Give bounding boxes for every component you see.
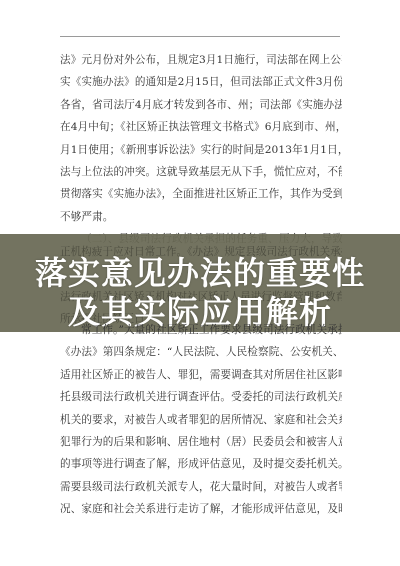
text-line: 法与上位法的冲突。这就导致基层无从下手，慌忙应对，不能在3月1日 bbox=[60, 161, 342, 183]
text-line: 法》元月份对外公布，且规定3月1日施行，司法部在网上公布是贯彻落 bbox=[60, 49, 342, 71]
body-text-top: 法》元月份对外公布，且规定3月1日施行，司法部在网上公布是贯彻落 实《实施办法》… bbox=[60, 49, 342, 251]
text-line: 需要县级司法行政机关派专人，花大量时间，对被告人或者罪犯的居所情 bbox=[60, 476, 342, 498]
text-line: 《办法》第四条规定：“人民法院、人民检察院、公安机关、监狱对拟 bbox=[60, 341, 342, 363]
text-line: 犯罪行为的后果和影响、居住地村（居）民委员会和被害人意见、拟禁止 bbox=[60, 431, 342, 453]
text-line: 适用社区矫正的被告人、罪犯，需要调查其对所居住社区影响的，可以委 bbox=[60, 364, 342, 386]
text-line: 机关的要求，对被告人或者罪犯的居所情况、家庭和社会关系、一贯表现、 bbox=[60, 409, 342, 431]
document-page: 法》元月份对外公布，且规定3月1日施行，司法部在网上公布是贯彻落 实《实施办法》… bbox=[0, 0, 400, 566]
text-line: 常工作。”大量的社区矫正工作要求县级司法行政机关承担，又比如 bbox=[60, 319, 342, 341]
text-line: 的事项等进行调查了解，形成评估意见，及时提交委托机关。”这项工作 bbox=[60, 453, 342, 475]
text-line: 月1日使用；《新刑事诉讼法》实行的时间是2013年1月1日，存在下位 bbox=[60, 139, 342, 161]
banner-title-line-1: 落实意见办法的重要性 bbox=[0, 253, 400, 293]
text-line: 贯彻落实《实施办法》，全面推进社区矫正工作，其作为受到质疑，显得 bbox=[60, 183, 342, 205]
text-line: 各省，省司法厅4月底才转发到各市、州；司法部《实施办法》培训安排 bbox=[60, 94, 342, 116]
body-text-bottom: 常工作。”大量的社区矫正工作要求县级司法行政机关承担，又比如 《办法》第四条规定… bbox=[60, 319, 342, 521]
text-line: 况、家庭和社会关系进行走访了解，才能形成评估意见，及时提交委托机 bbox=[60, 498, 342, 520]
header-rule bbox=[60, 36, 340, 37]
text-line: 在4月中旬；《社区矫正执法管理文书格式》6月底到市、州，要求从7 bbox=[60, 116, 342, 138]
text-line: 托县级司法行政机关进行调查评估。受委托的司法行政机关应当根据委托 bbox=[60, 386, 342, 408]
text-line: 实《实施办法》的通知是2月15日，但司法部正式文件3月份才转发到 bbox=[60, 71, 342, 93]
text-line: 不够严肃。 bbox=[60, 206, 342, 228]
